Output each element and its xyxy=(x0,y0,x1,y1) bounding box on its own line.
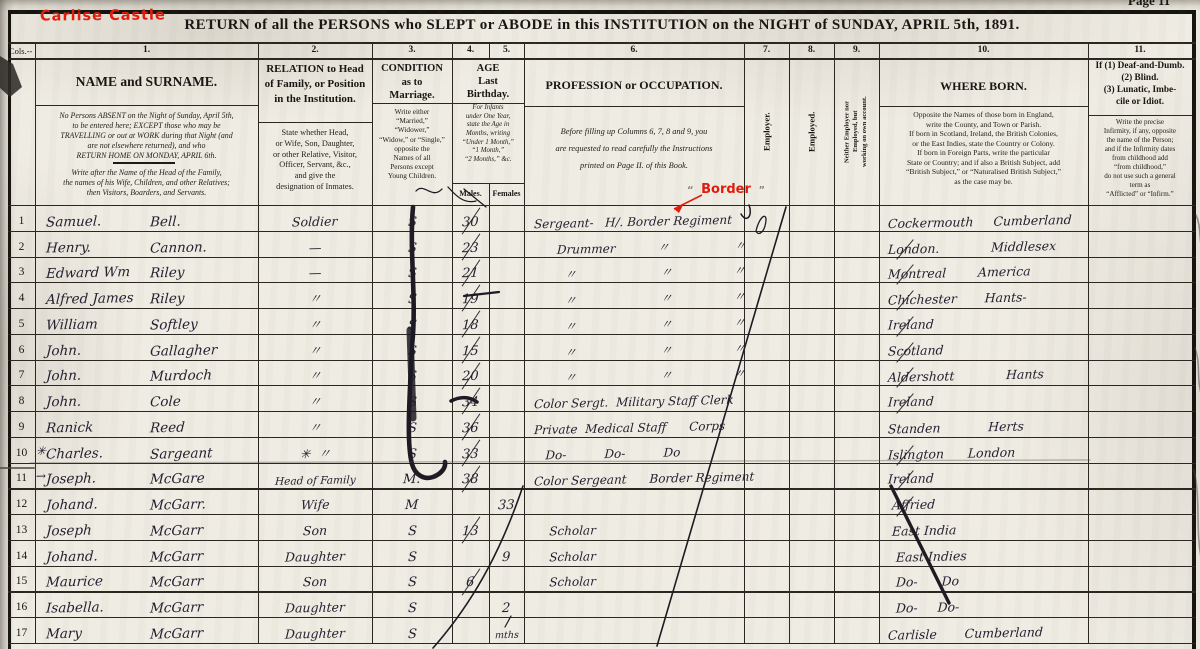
marriage-condition: S xyxy=(372,420,452,436)
surname-text: Reed xyxy=(150,419,186,436)
first-name-text: Alfred James xyxy=(46,290,134,308)
occupation: 〃 〃 〃 xyxy=(534,316,745,333)
first-name: Isabella. xyxy=(46,600,104,616)
surname-text: Sargeant xyxy=(150,445,213,462)
marriage-condition-text: S xyxy=(407,524,417,539)
where-born: Do- Do xyxy=(888,574,959,590)
age-female-text: 9 xyxy=(502,550,511,565)
relation: 〃 xyxy=(258,366,372,384)
occupation: Private Medical Staff Corps xyxy=(534,421,725,436)
age-female: 9 xyxy=(489,549,524,565)
table-row: 4Alfred JamesRiley〃S19 〃 〃 〃Chichester H… xyxy=(8,282,1196,308)
table-row: 9RanickReed〃S36Private Medical Staff Cor… xyxy=(8,411,1196,437)
where-born-text: Standen Herts xyxy=(888,418,1025,436)
header-age: AGE Last Birthday. xyxy=(452,62,524,101)
grid-line xyxy=(879,106,1088,107)
marriage-condition: S xyxy=(372,343,452,359)
occupation: 〃 〃 〃 xyxy=(534,264,745,281)
marriage-condition-text: S xyxy=(407,447,417,462)
where-born-text: Scotland xyxy=(888,342,944,358)
page-title: RETURN of all the PERSONS who SLEPT or A… xyxy=(8,17,1196,34)
site-annotation: Carlise Castle xyxy=(40,7,166,24)
where-born-text: East India xyxy=(888,522,957,539)
first-name: John. xyxy=(46,343,81,359)
marriage-condition: S xyxy=(372,574,452,590)
occupation-text: 〃 〃 〃 xyxy=(534,365,746,387)
marriage-condition: S xyxy=(372,446,452,462)
surname: McGare xyxy=(150,471,205,487)
relation-text: Son xyxy=(303,523,328,539)
relation-text: 〃 xyxy=(308,315,321,333)
relation: 〃 xyxy=(258,315,372,333)
occupation-text: Color Sergt. Military Staff Clerk xyxy=(534,393,734,412)
surname-text: McGare xyxy=(150,471,205,488)
age-male: 23 xyxy=(452,240,489,256)
header-squiggle-1 xyxy=(416,188,442,192)
col-number-11: 11. xyxy=(1088,45,1192,55)
occupation: Drummer 〃 〃 xyxy=(534,239,746,256)
occupation: Color Sergeant Border Regiment xyxy=(534,472,754,487)
where-born-text: East Indies xyxy=(888,548,967,565)
surname: Bell. xyxy=(150,214,181,230)
first-name-text: Maurice xyxy=(46,574,104,591)
where-born: Aldershott Hants xyxy=(888,368,1044,384)
relation-text: ✳ 〃 xyxy=(299,443,331,462)
row-number: 14 xyxy=(8,550,35,562)
row-number: 1 xyxy=(8,215,35,227)
header-condition-note: Write either “Married,” “Widower,” “Wido… xyxy=(373,107,451,181)
age-male: 18 xyxy=(452,317,489,333)
table-row: 17MaryMcGarrDaughterSmthsCarlisle Cumber… xyxy=(8,617,1196,643)
table-row: 16Isabella.McGarrDaughterS2 Do- Do- xyxy=(8,591,1196,617)
relation: Son xyxy=(258,523,372,539)
grid-line xyxy=(35,105,258,106)
age-male: 34 xyxy=(452,394,489,410)
first-name: William xyxy=(46,317,98,333)
header-name-surname: NAME and SURNAME. xyxy=(35,74,258,90)
marriage-condition-text: S xyxy=(407,601,417,616)
where-born: East India xyxy=(888,523,956,539)
occupation-text: 〃 〃 〃 xyxy=(534,288,746,310)
header-relation: RELATION to Head of Family, or Position … xyxy=(258,62,372,107)
marriage-condition: S xyxy=(372,600,452,616)
col-number-4: 4. xyxy=(452,45,489,55)
header-infirmity: If (1) Deaf-and-Dumb. (2) Blind. (3) Lun… xyxy=(1088,60,1192,108)
relation: 〃 xyxy=(258,341,372,359)
marriage-condition: S xyxy=(372,265,452,281)
row-number: 12 xyxy=(8,498,35,510)
where-born: Montreal America xyxy=(888,265,1031,281)
table-row: 10✳Charles.Sargeant✳ 〃S33 Do- Do- DoIsli… xyxy=(8,437,1196,463)
age-female: 33 xyxy=(489,497,524,513)
marriage-condition-text: S xyxy=(407,292,417,307)
header-name-note2: Write after the Name of the Head of the … xyxy=(39,168,254,198)
header-where-born-note: Opposite the Names of those born in Engl… xyxy=(881,110,1086,187)
form-border-top xyxy=(8,10,1196,14)
header-age-males: Males. xyxy=(452,189,489,198)
where-born-text: Do- Do- xyxy=(888,599,960,616)
relation: Soldier xyxy=(258,214,372,230)
header-where-born: WHERE BORN. xyxy=(879,79,1088,94)
row-number: 8 xyxy=(8,395,35,407)
surname: Murdoch xyxy=(150,368,212,384)
surname-text: Cannon. xyxy=(150,239,208,256)
surname-text: Gallagher xyxy=(150,342,218,360)
grid-line xyxy=(8,643,1196,644)
where-born-text: Montreal America xyxy=(888,264,1031,282)
first-name: Alfred James xyxy=(46,291,134,307)
header-infirmity-note: Write the precise Infirmity, if any, opp… xyxy=(1089,118,1191,198)
relation: — xyxy=(258,240,372,256)
first-name-text: Edward Wm xyxy=(46,264,131,282)
marriage-condition: S xyxy=(372,394,452,410)
right-edge-curl-1 xyxy=(1196,215,1200,254)
age-male: 33 xyxy=(452,446,489,462)
surname-text: McGarr. xyxy=(150,497,207,514)
occupation: 〃 〃 〃 xyxy=(534,342,745,359)
relation-text: Son xyxy=(303,574,328,590)
header-profession-note: Before filling up Columns 6, 7, 8 and 9,… xyxy=(526,124,742,174)
header-neither-employer: Neither Employer nor Employed, but worki… xyxy=(834,60,879,203)
relation-text: Wife xyxy=(300,497,329,513)
relation-text: 〃 xyxy=(308,418,321,436)
age-female-text: 2 xyxy=(502,601,511,616)
first-name-text: John. xyxy=(46,368,82,385)
marriage-condition-text: S xyxy=(407,369,417,384)
occupation-text: Color Sergeant Border Regiment xyxy=(534,470,755,489)
marriage-condition-text: S xyxy=(407,215,417,230)
marriage-condition-text: S xyxy=(407,395,417,410)
where-born: Affried xyxy=(888,497,935,513)
header-age-note: For Infants under One Year, state the Ag… xyxy=(452,104,524,164)
where-born: London. Middlesex xyxy=(888,240,1056,256)
surname-text: Bell. xyxy=(150,213,182,230)
where-born: Standen Herts xyxy=(888,420,1024,436)
col-number-7: 7. xyxy=(744,45,789,55)
surname: McGarr xyxy=(150,626,203,642)
header-employed: Employed. xyxy=(789,60,834,203)
relation: Daughter xyxy=(258,626,372,642)
age-male: 21 xyxy=(452,265,489,281)
grid-line xyxy=(1088,115,1192,116)
marriage-condition-text: M. xyxy=(403,472,421,487)
first-name: Edward Wm xyxy=(46,265,130,281)
surname: McGarr. xyxy=(150,497,206,513)
relation: Daughter xyxy=(258,600,372,616)
row-number: 16 xyxy=(8,601,35,613)
first-name-text: John. xyxy=(46,394,82,411)
header-relation-note: State whether Head, or Wife, Son, Daught… xyxy=(260,128,370,193)
marriage-condition: M xyxy=(372,497,452,513)
grid-line xyxy=(8,42,1196,44)
header-name-rule xyxy=(113,162,175,164)
occupation-text: 〃 〃 〃 xyxy=(534,313,746,335)
where-born: Cockermouth Cumberland xyxy=(888,214,1072,230)
table-row: 7John.Murdoch〃S20 〃 〃 〃Aldershott Hants xyxy=(8,360,1196,386)
marriage-condition: S xyxy=(372,317,452,333)
where-born: East Indies xyxy=(888,549,967,565)
first-name: Charles. xyxy=(46,446,103,462)
relation-text: 〃 xyxy=(308,392,321,410)
marriage-condition: M. xyxy=(372,471,452,487)
relation-text: — xyxy=(308,239,321,254)
occupation-text: 〃 〃 〃 xyxy=(534,262,746,284)
header-condition: CONDITION as to Marriage. xyxy=(372,62,452,103)
relation: Head of Family xyxy=(258,475,372,487)
surname-text: McGarr xyxy=(150,574,204,591)
occupation: Color Sergt. Military Staff Clerk xyxy=(534,395,734,410)
table-row: 8John.Cole〃S34Color Sergt. Military Staf… xyxy=(8,385,1196,411)
header-age-females: Females xyxy=(489,189,524,198)
surname: Cannon. xyxy=(150,240,207,256)
relation-text: Daughter xyxy=(285,625,346,641)
row-number: 9 xyxy=(8,421,35,433)
age-female: mths xyxy=(489,626,524,642)
age-male: 36 xyxy=(452,420,489,436)
where-born-text: Carlisle Cumberland xyxy=(888,624,1044,643)
page-number-label: Page 11 xyxy=(1128,0,1170,9)
marriage-condition: S xyxy=(372,368,452,384)
first-name: John. xyxy=(46,394,81,410)
where-born: Chichester Hants- xyxy=(888,291,1027,307)
relation-text: 〃 xyxy=(308,366,321,384)
row-number: 17 xyxy=(8,627,35,639)
marriage-condition: S xyxy=(372,549,452,565)
occupation-text: 〃 〃 〃 xyxy=(534,339,746,361)
table-row: 6John.Gallagher〃S15 〃 〃 〃Scotland xyxy=(8,334,1196,360)
relation-text: Daughter xyxy=(285,548,346,564)
table-row: 11→Joseph.McGareHead of FamilyM.38Color … xyxy=(8,463,1196,489)
occupation-text: Drummer 〃 〃 xyxy=(534,236,747,258)
where-born: Islington London xyxy=(888,446,1015,462)
first-name-text: Henry. xyxy=(46,239,92,256)
occupation: Do- Do- Do xyxy=(534,447,680,462)
table-row: 14Johand.McGarrDaughterS9 Scholar East I… xyxy=(8,540,1196,566)
first-name-text: Mary xyxy=(46,626,83,643)
surname-text: McGarr xyxy=(150,548,204,565)
occupation-text: Scholar xyxy=(534,575,597,590)
relation-text: Daughter xyxy=(285,600,346,616)
surname-text: McGarr xyxy=(150,625,204,642)
grid-line xyxy=(8,58,1196,60)
surname: Riley xyxy=(150,291,184,307)
where-born: Carlisle Cumberland xyxy=(888,626,1043,642)
relation: — xyxy=(258,265,372,281)
occupation-text: Private Medical Staff Corps xyxy=(534,419,726,437)
relation-text: — xyxy=(308,265,321,280)
relation: 〃 xyxy=(258,392,372,410)
surname: Riley xyxy=(150,265,184,281)
age-male: 15 xyxy=(452,343,489,359)
age-male: 38 xyxy=(452,471,489,487)
marriage-condition: S xyxy=(372,291,452,307)
first-name-text: Samuel. xyxy=(46,213,102,230)
row-number: 2 xyxy=(8,241,35,253)
first-name-text: Joseph xyxy=(46,522,93,539)
first-name: Johand. xyxy=(46,549,98,565)
relation: 〃 xyxy=(258,289,372,307)
age-female: 2 xyxy=(489,600,524,616)
where-born-text: Cockermouth Cumberland xyxy=(888,212,1072,231)
surname: McGarr xyxy=(150,523,203,539)
margin-mark-text: → xyxy=(36,469,47,483)
relation: ✳ 〃 xyxy=(258,444,372,462)
marriage-condition-text: S xyxy=(407,575,417,590)
marriage-condition: S xyxy=(372,240,452,256)
col-number-3: 3. xyxy=(372,45,452,55)
cols-label: Cols.-- xyxy=(9,46,32,56)
relation-text: 〃 xyxy=(308,340,321,358)
left-edge-scan-blob xyxy=(0,56,22,97)
first-name-text: William xyxy=(46,316,99,333)
grid-line xyxy=(524,106,744,107)
first-name: Joseph. xyxy=(46,471,96,487)
relation: 〃 xyxy=(258,418,372,436)
where-born: Ireland xyxy=(888,471,934,487)
occupation: Scholar xyxy=(534,524,596,539)
occupation-text: Do- Do- Do xyxy=(534,445,681,462)
table-row: 13JosephMcGarrSonS13 Scholar East India xyxy=(8,514,1196,540)
age-male: 13 xyxy=(452,523,489,539)
marriage-condition-text: S xyxy=(407,343,417,358)
row-number: 4 xyxy=(8,292,35,304)
occupation: 〃 〃 〃 xyxy=(534,367,745,384)
header-name-note: No Persons ABSENT on the Night of Sunday… xyxy=(39,111,254,161)
marriage-condition: S xyxy=(372,523,452,539)
row-number: 11 xyxy=(8,472,35,484)
age-female-text: mths xyxy=(494,630,518,642)
where-born: Ireland xyxy=(888,317,934,333)
relation-text: Head of Family xyxy=(274,474,355,488)
relation: Son xyxy=(258,574,372,590)
relation: Daughter xyxy=(258,549,372,565)
marriage-condition-text: S xyxy=(407,627,417,642)
grid-line xyxy=(258,122,372,123)
marriage-condition-text: S xyxy=(407,550,417,565)
row-number: 6 xyxy=(8,344,35,356)
row-number: 13 xyxy=(8,524,35,536)
occupation: Scholar xyxy=(534,550,596,565)
table-row: 3Edward WmRiley—S21 〃 〃 〃Montreal Americ… xyxy=(8,257,1196,283)
surname: Sargeant xyxy=(150,446,213,462)
surname: Cole xyxy=(150,394,181,410)
surname-text: McGarr xyxy=(150,600,204,617)
first-name-text: Ranick xyxy=(46,419,94,436)
where-born: Scotland xyxy=(888,343,944,359)
surname-text: McGarr xyxy=(150,522,204,539)
row-number: 5 xyxy=(8,318,35,330)
col-number-2: 2. xyxy=(258,45,372,55)
occupation: 〃 〃 〃 xyxy=(534,290,745,307)
table-row: 15MauriceMcGarrSonS6 Scholar Do- Do xyxy=(8,566,1196,592)
surname: McGarr xyxy=(150,574,203,590)
first-name: Maurice xyxy=(46,574,103,590)
surname-text: Riley xyxy=(150,265,185,282)
first-name: Mary xyxy=(46,626,82,642)
col-number-6: 6. xyxy=(524,45,744,55)
first-name-text: Joseph. xyxy=(46,471,97,488)
surname-text: Murdoch xyxy=(150,368,213,385)
col-number-10: 10. xyxy=(879,45,1088,55)
marriage-condition-text: M xyxy=(405,498,419,513)
surname-text: Riley xyxy=(150,291,185,308)
age-male: 19 xyxy=(452,291,489,307)
age-male: 30 xyxy=(452,214,489,230)
occupation-text: Scholar xyxy=(534,549,597,564)
where-born-text: Chichester Hants- xyxy=(888,289,1027,307)
table-row: 2Henry.Cannon.—S23 Drummer 〃 〃London. Mi… xyxy=(8,231,1196,257)
occupation-text: Scholar xyxy=(534,523,597,538)
first-name-text: John. xyxy=(46,342,82,359)
table-row: 1Samuel.Bell.SoldierS30Sergeant- H/. Bor… xyxy=(8,205,1196,231)
surname: McGarr xyxy=(150,600,203,616)
first-name-text: Isabella. xyxy=(46,600,105,617)
first-name: Johand. xyxy=(46,497,98,513)
age-female-text: 33 xyxy=(498,498,515,513)
marriage-condition: S xyxy=(372,214,452,230)
col-number-5: 5. xyxy=(489,45,524,55)
table-row: 5WilliamSoftley〃S18 〃 〃 〃Ireland xyxy=(8,308,1196,334)
surname: Softley xyxy=(150,317,198,333)
marriage-condition-text: S xyxy=(407,240,417,255)
marriage-condition-text: S xyxy=(407,266,417,281)
age-male: 6 xyxy=(452,574,489,590)
table-row: 12Johand.McGarr.WifeM33 Affried xyxy=(8,488,1196,514)
margin-mark-text: ✳ xyxy=(36,444,47,458)
header-profession: PROFESSION or OCCUPATION. xyxy=(524,78,744,93)
col-number-8: 8. xyxy=(789,45,834,55)
census-scan-page: RETURN of all the PERSONS who SLEPT or A… xyxy=(0,0,1200,649)
marriage-condition-text: S xyxy=(407,421,417,436)
where-born-text: Do- Do xyxy=(888,574,960,591)
relation-text: 〃 xyxy=(308,289,321,307)
row-number: 15 xyxy=(8,575,35,587)
row-number: 10 xyxy=(8,447,35,459)
grid-line xyxy=(372,103,452,104)
col-number-1: 1. xyxy=(35,45,258,55)
surname-text: Softley xyxy=(150,316,198,333)
first-name-text: Johand. xyxy=(46,497,99,514)
age-male: 20 xyxy=(452,368,489,384)
relation-text: Soldier xyxy=(292,213,338,229)
red-arrow-icon xyxy=(650,192,710,222)
first-name: Samuel. xyxy=(46,214,101,230)
grid-line xyxy=(452,183,524,184)
first-name-text: Charles. xyxy=(46,445,104,462)
marriage-condition: S xyxy=(372,626,452,642)
relation: Wife xyxy=(258,497,372,513)
surname-text: Cole xyxy=(150,394,182,411)
surname: McGarr xyxy=(150,549,203,565)
where-born: Do- Do- xyxy=(888,600,959,616)
row-number: 7 xyxy=(8,369,35,381)
where-born: Ireland xyxy=(888,394,934,410)
first-name: John. xyxy=(46,368,81,384)
first-name: Ranick xyxy=(46,420,93,436)
surname: Gallagher xyxy=(150,343,217,359)
first-name: Henry. xyxy=(46,240,91,256)
marriage-condition-text: S xyxy=(407,318,417,333)
first-name-text: Johand. xyxy=(46,548,99,565)
surname: Reed xyxy=(150,420,185,436)
occupation: Scholar xyxy=(534,575,596,590)
col-number-9: 9. xyxy=(834,45,879,55)
row-number: 3 xyxy=(8,266,35,278)
first-name: Joseph xyxy=(46,523,92,539)
